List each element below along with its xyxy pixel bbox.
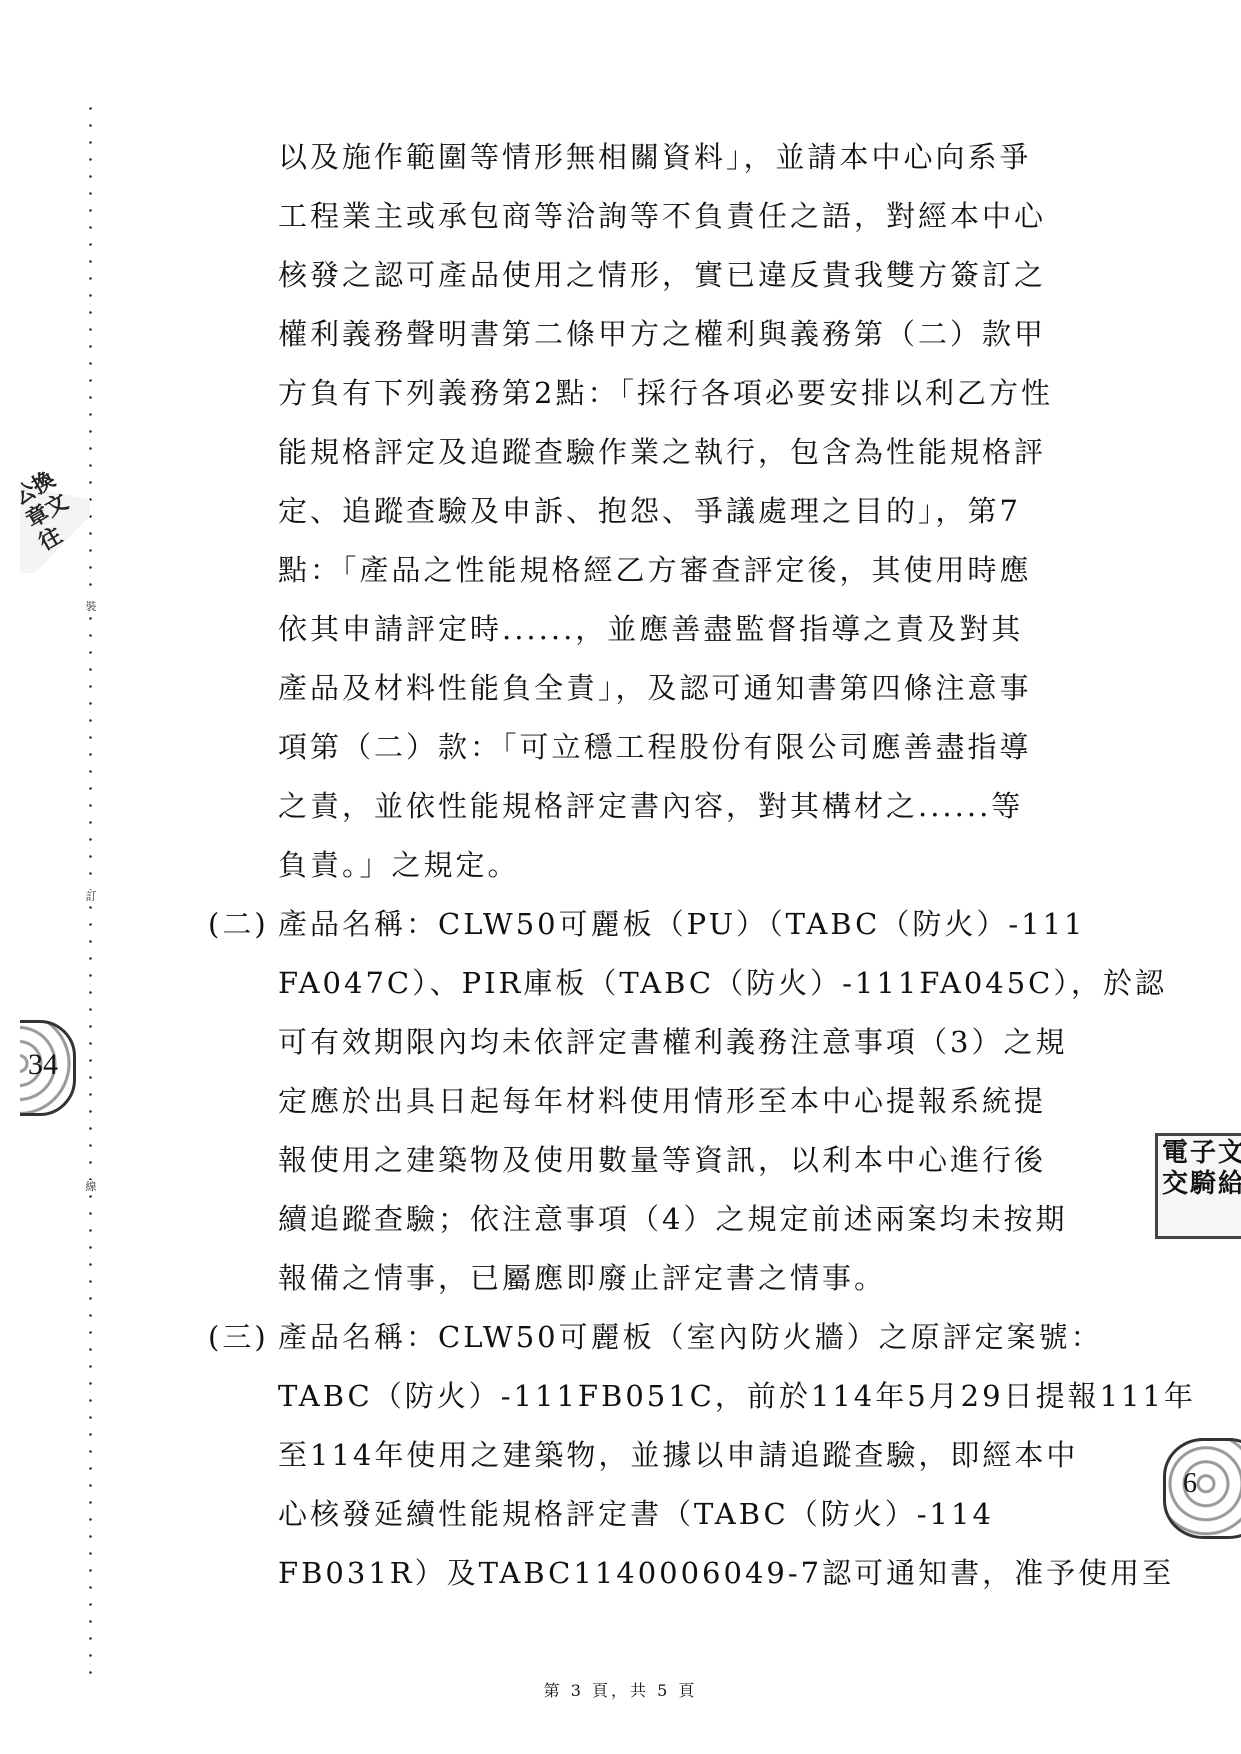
page-seal-left: 34 [20,1010,80,1120]
body-line: 工程業主或承包商等洽詢等不負責任之語，對經本中心 [278,196,1046,236]
item-2-line: 報備之情事，已屬應即廢止評定書之情事。 [278,1258,886,1298]
stamp-box-text: 電子文交騎給 [1162,1138,1241,1200]
body-line: 以及施作範圍等情形無相關資料」，並請本中心向系爭 [278,137,1032,177]
body-line: 負責。」之規定。 [278,845,520,885]
binding-label-xian: 線 [83,1180,99,1194]
body-line: 點：「產品之性能規格經乙方審查評定後，其使用時應 [278,550,1032,590]
item-3-line: 心核發延續性能規格評定書（TABC（防火）-114 [278,1494,994,1534]
body-line: 依其申請評定時......，並應善盡監督指導之責及對其 [278,609,1023,649]
item-2-line: 定應於出具日起每年材料使用情形至本中心提報系統提 [278,1081,1046,1121]
seal-number-left: 34 [28,1048,58,1082]
body-line: 產品及材料性能負全責」，及認可通知書第四條注意事 [278,668,1032,708]
binding-label-ding: 訂 [83,890,99,904]
item-2-line: 產品名稱：CLW50可麗板（PU）（TABC（防火）-111 [278,904,1085,944]
binding-label-zhuang: 裝 [83,600,99,614]
body-line: 定、追蹤查驗及申訴、抱怨、爭議處理之目的」，第7 [278,491,1021,531]
item-3-line: 至114年使用之建築物，並據以申請追蹤查驗，即經本中 [278,1435,1078,1475]
official-seal-stamp: 公換章文往 [20,448,90,573]
item-3-line: 產品名稱：CLW50可麗板（室內防火牆）之原評定案號： [278,1317,1103,1357]
binding-margin: 裝 訂 線 [89,100,92,1680]
seal-flower-icon [1163,1438,1241,1539]
body-line: 核發之認可產品使用之情形，實已違反貴我雙方簽訂之 [278,255,1046,295]
item-3-marker: (三) [208,1317,269,1357]
electronic-document-stamp: 電子文交騎給 [1155,1133,1241,1239]
item-3-line: FB031R）及TABC1140006049-7認可通知書，准予使用至 [278,1553,1174,1593]
item-2-line: FA047C）、PIR庫板（TABC（防火）-111FA045C），於認 [278,963,1167,1003]
item-2-marker: (二) [208,904,269,944]
item-3-line: TABC（防火）-111FB051C，前於114年5月29日提報111年 [278,1376,1196,1416]
body-line: 方負有下列義務第2點：「採行各項必要安排以利乙方性 [278,373,1053,413]
body-line: 權利義務聲明書第二條甲方之權利與義務第（二）款甲 [278,314,1046,354]
item-2-line: 續追蹤查驗；依注意事項（4）之規定前述兩案均未按期 [278,1199,1067,1239]
page-indicator: 第 3 頁，共 5 頁 [0,1678,1241,1701]
body-line: 能規格評定及追蹤查驗作業之執行，包含為性能規格評 [278,432,1046,472]
item-2-line: 可有效期限內均未依評定書權利義務注意事項（3）之規 [278,1022,1067,1062]
item-2-line: 報使用之建築物及使用數量等資訊，以利本中心進行後 [278,1140,1046,1180]
page-seal-right: 6 [1155,1430,1241,1540]
body-line: 之責，並依性能規格評定書內容，對其構材之......等 [278,786,1023,826]
seal-number-right: 6 [1183,1468,1197,1500]
body-line: 項第（二）款：「可立穩工程股份有限公司應善盡指導 [278,727,1032,767]
